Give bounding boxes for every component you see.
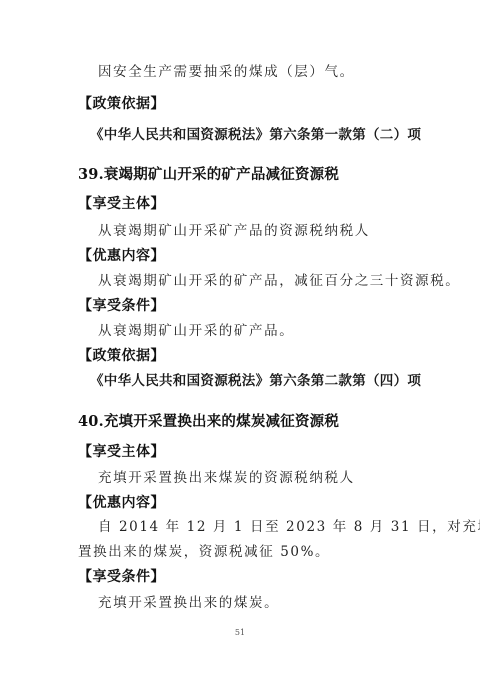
policy-basis-text: 《中华人民共和国资源税法》第六条第一款第（二）项 [90, 126, 421, 144]
section-39-condition-text: 从衰竭期矿山开采的矿产品。 [98, 322, 294, 340]
section-39-title: 39.衰竭期矿山开采的矿产品减征资源税 [78, 166, 339, 184]
section-39-condition-label: 【享受条件】 [78, 297, 165, 315]
section-40-benefit-label: 【优惠内容】 [78, 494, 165, 512]
policy-basis-label: 【政策依据】 [78, 95, 165, 113]
section-40-benefit-text-line1: 自 2014 年 12 月 1 日至 2023 年 8 月 31 日，对充填开采 [98, 518, 480, 536]
section-39-benefit-label: 【优惠内容】 [78, 247, 165, 265]
previous-body-text: 因安全生产需要抽采的煤成（层）气。 [98, 63, 355, 81]
section-39-benefit-text: 从衰竭期矿山开采的矿产品，减征百分之三十资源税。 [98, 272, 460, 290]
document-page: 因安全生产需要抽采的煤成（层）气。 【政策依据】 《中华人民共和国资源税法》第六… [0, 0, 480, 678]
section-40-benefit-text-line2: 置换出来的煤炭，资源税减征 50%。 [78, 543, 330, 561]
section-39-subject-label: 【享受主体】 [78, 195, 165, 213]
section-40-title: 40.充填开采置换出来的煤炭减征资源税 [78, 413, 339, 431]
section-40-condition-text: 充填开采置换出来的煤炭。 [98, 594, 279, 612]
page-number: 51 [0, 628, 480, 637]
section-40-condition-label: 【享受条件】 [78, 568, 165, 586]
section-39-policy-text: 《中华人民共和国资源税法》第六条第二款第（四）项 [90, 372, 421, 390]
section-40-subject-text: 充填开采置换出来煤炭的资源税纳税人 [98, 469, 355, 487]
section-39-policy-label: 【政策依据】 [78, 347, 165, 365]
section-39-subject-text: 从衰竭期矿山开采矿产品的资源税纳税人 [98, 222, 370, 240]
section-40-subject-label: 【享受主体】 [78, 443, 165, 461]
